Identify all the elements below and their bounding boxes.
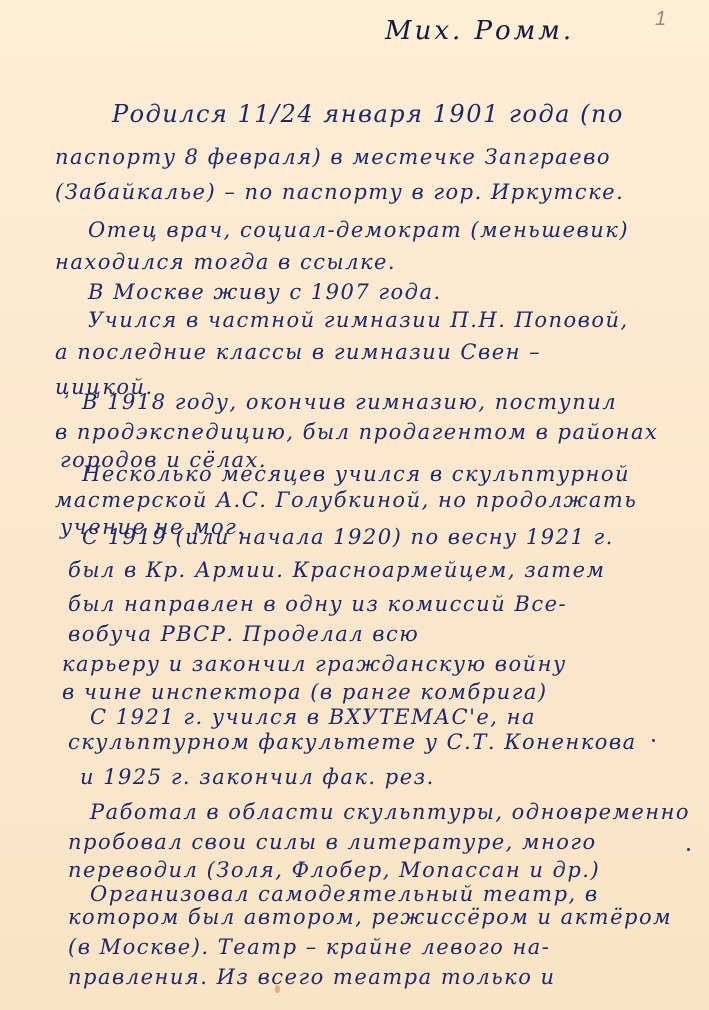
handwritten-line: С 1919 (или начала 1920) по весну 1921 г… (82, 525, 614, 549)
handwritten-line: котором был автором, режиссёром и актёро… (68, 905, 672, 929)
document-header-author: Мих. Ромм. (385, 16, 574, 46)
handwritten-line: Несколько месяцев учился в скульптурной (82, 462, 630, 486)
handwritten-line: мастерской А.С. Голубкиной, но продолжат… (55, 488, 637, 512)
handwritten-line: (Забайкалье) – по паспорту в гор. Иркутс… (55, 180, 624, 204)
handwritten-line: (в Москве). Театр – крайне левого на- (68, 935, 550, 959)
handwritten-line: в чине инспектора (в ранге комбрига) (62, 680, 548, 704)
handwritten-line: был направлен в одну из комиссий Все- (68, 592, 567, 616)
handwritten-line: Работал в области скульптуры, одновремен… (90, 800, 690, 824)
handwritten-line: паспорту 8 февраля) в местечке Запграево (55, 145, 611, 169)
handwritten-line: С 1921 г. учился в ВХУТЕМАС'е, на (90, 705, 536, 729)
page-number: 1 (655, 8, 666, 31)
handwritten-line: и 1925 г. закончил фак. рез. (80, 765, 435, 789)
handwritten-line: карьеру и закончил гражданскую войну (62, 652, 567, 676)
handwritten-line: вобуча РВСР. Проделал всю (68, 622, 419, 646)
handwritten-line: находился тогда в ссылке. (55, 250, 396, 274)
handwritten-line: а последние классы в гимназии Свен – (55, 340, 541, 364)
handwritten-line: В Москве живу с 1907 года. (88, 280, 442, 304)
handwritten-line: был в Кр. Армии. Красноармейцем, затем (68, 558, 605, 582)
ink-mark (652, 739, 655, 742)
handwritten-document-page: Мих. Ромм. 1 Родился 11/24 января 1901 г… (0, 0, 709, 1010)
handwritten-line: скульптурном факультете у С.Т. Коненкова (68, 730, 637, 754)
paper-stain (275, 985, 280, 993)
handwritten-line: в продэкспедицию, был продагентом в райо… (55, 420, 658, 444)
ink-mark (687, 848, 690, 851)
handwritten-line: В 1918 году, окончив гимназию, поступил (82, 390, 617, 414)
handwritten-line: Организовал самодеятельный театр, в (90, 882, 599, 906)
handwritten-line: пробовал свои силы в литературе, много (68, 830, 597, 854)
handwritten-line: Отец врач, социал-демократ (меньшевик) (88, 218, 629, 242)
handwritten-line: Учился в частной гимназии П.Н. Поповой, (88, 308, 629, 332)
handwritten-line: переводил (Золя, Флобер, Мопассан и др.) (68, 858, 600, 882)
handwritten-line: правления. Из всего театра только и (68, 965, 556, 989)
handwritten-line: Родился 11/24 января 1901 года (по (112, 100, 624, 128)
